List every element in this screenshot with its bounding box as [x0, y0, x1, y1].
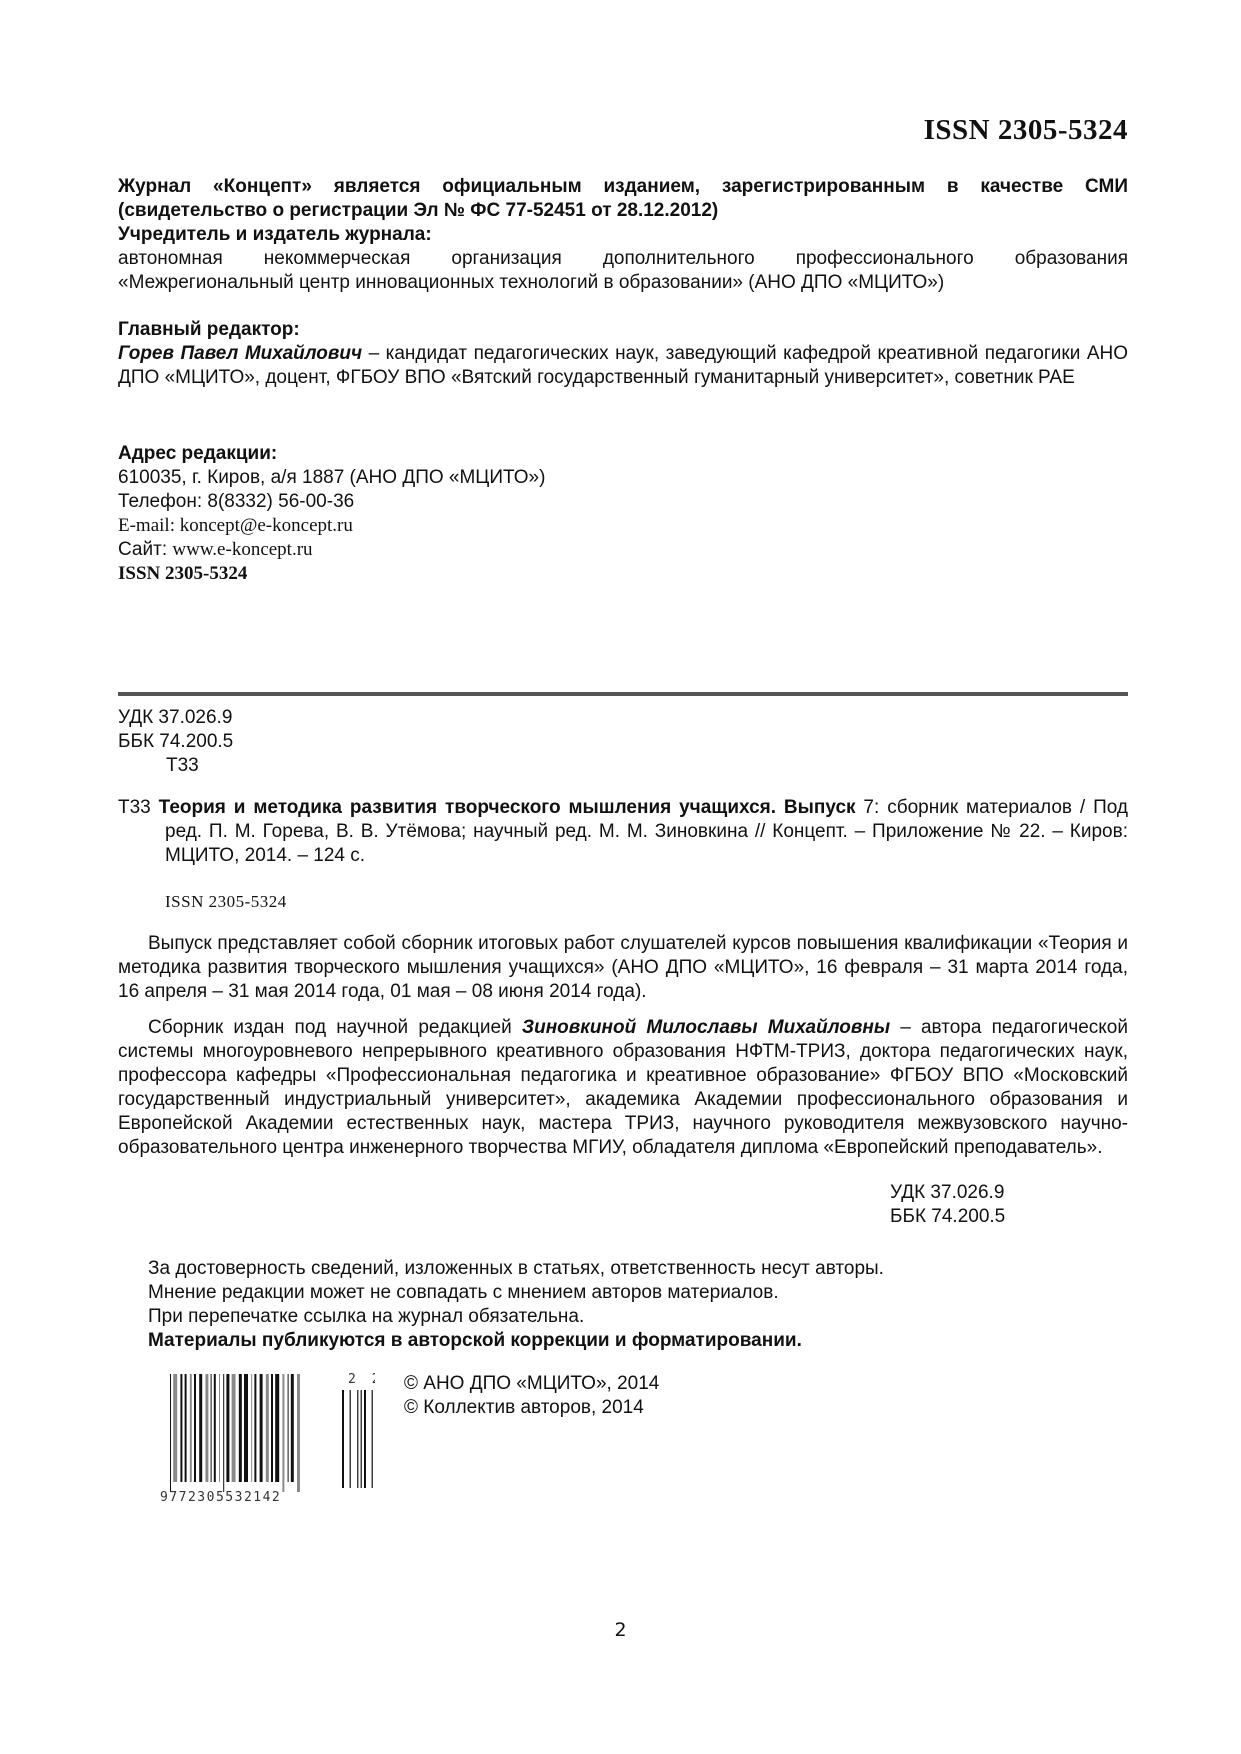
founder-heading: Учредитель и издатель журнала:: [118, 223, 1128, 247]
note-1: За достоверность сведений, изложенных в …: [148, 1257, 1048, 1281]
site-link[interactable]: www.e-koncept.ru: [172, 539, 312, 560]
desc-lead: Сборник издан под научной редакцией: [148, 1017, 522, 1038]
udc-code: УДК 37.026.9: [118, 706, 1128, 730]
phone-label: Телефон:: [118, 491, 207, 512]
bib-issue: 7: [856, 797, 874, 818]
header-issn: ISSN 2305-5324: [924, 118, 1128, 142]
bib-issn: ISSN 2305-5324: [165, 890, 1128, 914]
address-issn: ISSN 2305-5324: [118, 562, 1128, 586]
address-postal: 610035, г. Киров, а/я 1887 (АНО ДПО «МЦИ…: [118, 466, 1128, 490]
editor-paragraph: Горев Павел Михайлович – кандидат педаго…: [118, 342, 1128, 390]
address-heading: Адрес редакции:: [118, 442, 1128, 466]
address-site: Сайт: www.e-koncept.ru: [118, 538, 1128, 562]
desc-rest: – автора педагогической системы многоуро…: [118, 1017, 1128, 1158]
phone-value: 8(8332) 56-00-36: [207, 491, 354, 512]
scientific-editor-name: Зиновкиной Милославы Михайловны: [522, 1017, 890, 1038]
email-link[interactable]: koncept@e-koncept.ru: [180, 515, 353, 536]
svg-text:9772305532142: 9772305532142: [160, 1490, 281, 1505]
disclaimer-notes: За достоверность сведений, изложенных в …: [148, 1257, 1048, 1353]
bbk-code: ББК 74.200.5: [118, 730, 1128, 754]
classification-codes-right: УДК 37.026.9 ББК 74.200.5: [890, 1181, 1005, 1229]
site-label: Сайт:: [118, 539, 172, 560]
description-paragraph-1: Выпуск представляет собой сборник итогов…: [118, 932, 1128, 1004]
author-mark: Т33: [118, 754, 1128, 778]
founder-text-line-1: автономная некоммерческая организация до…: [118, 247, 1128, 271]
editor-name: Горев Павел Михайлович: [118, 343, 362, 364]
registration-block: Журнал «Концепт» является официальным из…: [118, 175, 1128, 295]
bibliographic-record: Т33 Теория и методика развития творческо…: [118, 796, 1128, 914]
address-email: E-mail: koncept@e-koncept.ru: [118, 514, 1128, 538]
address-block: Адрес редакции: 610035, г. Киров, а/я 18…: [118, 442, 1128, 586]
classification-codes: УДК 37.026.9 ББК 74.200.5 Т33: [118, 706, 1128, 778]
registration-line-1: Журнал «Концепт» является официальным из…: [118, 175, 1128, 199]
page-number: 2: [0, 1618, 1241, 1642]
address-phone: Телефон: 8(8332) 56-00-36: [118, 490, 1128, 514]
description-block: Выпуск представляет собой сборник итогов…: [118, 932, 1128, 1172]
copyright-line-1: © АНО ДПО «МЦИТО», 2014: [404, 1372, 659, 1396]
note-4: Материалы публикуются в авторской коррек…: [148, 1329, 1048, 1353]
registration-line-2: (свидетельство о регистрации Эл № ФС 77-…: [118, 199, 1128, 223]
section-divider: [118, 692, 1128, 696]
bibliographic-entry: Т33 Теория и методика развития творческо…: [118, 796, 1128, 868]
email-label: E-mail:: [118, 515, 180, 536]
bib-title: Теория и методика развития творческого м…: [159, 797, 856, 818]
bib-mark: Т33: [118, 797, 159, 818]
note-2: Мнение редакции может не совпадать с мне…: [148, 1281, 1048, 1305]
note-3: При перепечатке ссылка на журнал обязате…: [148, 1305, 1048, 1329]
editor-block: Главный редактор: Горев Павел Михайлович…: [118, 318, 1128, 390]
editor-heading: Главный редактор:: [118, 318, 1128, 342]
founder-text-line-2: «Межрегиональный центр инновационных тех…: [118, 271, 1128, 295]
description-paragraph-2: Сборник издан под научной редакцией Зино…: [118, 1016, 1128, 1160]
copyright-block: © АНО ДПО «МЦИТО», 2014 © Коллектив авто…: [404, 1372, 659, 1420]
barcode-icon: 9772305532142 2 2: [160, 1370, 375, 1505]
udc-code-right: УДК 37.026.9: [890, 1181, 1005, 1205]
copyright-line-2: © Коллектив авторов, 2014: [404, 1396, 659, 1420]
svg-text:2 2: 2 2: [348, 1372, 375, 1387]
bbk-code-right: ББК 74.200.5: [890, 1205, 1005, 1229]
